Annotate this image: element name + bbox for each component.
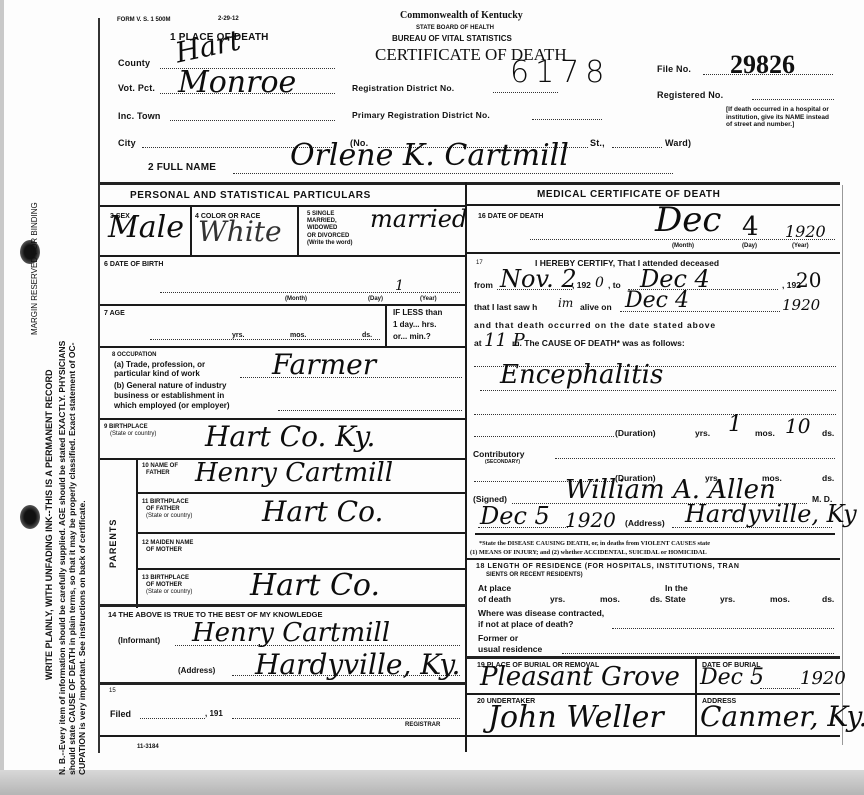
vot-pct-value: Monroe	[178, 65, 296, 100]
former-residence-label: Former or	[478, 633, 518, 643]
at-place-label: of death	[478, 594, 511, 604]
father-birthplace-label: 11 BIRTHPLACE	[142, 499, 189, 505]
filed-label: Filed	[110, 709, 131, 719]
primary-registration-label: Primary Registration District No.	[352, 110, 490, 120]
duration-yrs-label: yrs.	[695, 428, 710, 438]
father-birthplace-label: OF FATHER	[146, 506, 180, 512]
occupation-a-label: (a) Trade, profession, or	[114, 360, 205, 369]
instructions-line-3: CUPATION is very important. See instruct…	[77, 500, 87, 775]
residence-heading-2: SIENTS OR RECENT RESIDENTS)	[486, 572, 583, 578]
to-year-value: 20	[796, 268, 821, 292]
county-value: Hart	[172, 24, 243, 70]
last-saw-pronoun: im	[558, 296, 573, 310]
death-day-label: (Day)	[742, 243, 757, 249]
signed-year-value: 1920	[565, 508, 616, 532]
informant-address-label: (Address)	[178, 666, 215, 675]
undertaker-address-value: Canmer, Ky.	[700, 700, 864, 733]
father-birthplace-value: Hart Co.	[262, 495, 383, 528]
birthplace-value: Hart Co. Ky.	[205, 420, 375, 453]
mother-birthplace-value: Hart Co.	[250, 568, 380, 603]
burial-date-value: Dec 5	[700, 665, 764, 690]
bureau-heading: BUREAU OF VITAL STATISTICS	[392, 34, 512, 43]
secondary-label: (SECONDARY)	[485, 459, 520, 465]
occurred-text: and that death occurred on the date stat…	[474, 320, 716, 330]
age-mos-label: mos.	[290, 332, 306, 339]
death-day-value: 4	[742, 212, 759, 242]
informant-value: Henry Cartmill	[192, 618, 390, 648]
dob-label: 6 DATE OF BIRTH	[104, 261, 163, 268]
res-place-ds: ds.	[650, 594, 662, 604]
dob-month-label: (Month)	[285, 296, 307, 302]
marital-label: 5 SINGLE	[307, 211, 334, 217]
duration-mos-label: mos.	[755, 428, 775, 438]
res-state-mos: mos.	[770, 594, 790, 604]
burial-place-value: Pleasant Grove	[480, 662, 680, 692]
signed-date-value: Dec 5	[480, 502, 550, 530]
dob-year-value: 1	[395, 278, 404, 294]
item-15-label: 15	[109, 688, 116, 694]
registrar-label: REGISTRAR	[405, 722, 440, 728]
write-plainly-text: WRITE PLAINLY, WITH UNFADING INK--THIS I…	[44, 370, 54, 681]
residence-heading-1: 18 LENGTH OF RESIDENCE (FOR HOSPITALS, I…	[476, 563, 740, 570]
dob-year-label: (Year)	[420, 296, 437, 302]
res-state-ds: ds.	[822, 594, 834, 604]
mother-birthplace-label: OF MOTHER	[146, 582, 182, 588]
street-label: St.,	[590, 138, 605, 148]
duration-ds-value: 10	[785, 414, 810, 438]
cause-of-death-value: Encephalitis	[500, 360, 663, 390]
last-saw-label: that I last saw h	[474, 302, 537, 312]
violent-causes-note-1: *State the DISEASE CAUSING DEATH, or, in…	[479, 540, 710, 547]
birthplace-sub-label: (State or country)	[110, 431, 156, 437]
color-race-value: White	[198, 215, 282, 248]
duration-ds-label: ds.	[822, 428, 834, 438]
alive-year-value: 1920	[782, 296, 820, 314]
contracted-label: Where was disease contracted,	[478, 608, 604, 618]
death-month-label: (Month)	[672, 243, 694, 249]
alive-on-value: Dec 4	[625, 288, 689, 313]
form-date: 2-29-12	[218, 16, 239, 22]
birthplace-label: 9 BIRTHPLACE	[104, 424, 148, 430]
death-month-value: Dec	[655, 200, 721, 240]
instructions-line-2: should state CAUSE OF DEATH in plain ter…	[67, 343, 77, 776]
registered-no-label: Registered No.	[657, 90, 723, 100]
registration-district-value: 6178	[510, 55, 610, 90]
father-name-label: 10 NAME OF	[142, 463, 178, 469]
signed-address-value: Hardyville, Ky	[685, 500, 857, 528]
alive-on-label: alive on	[580, 302, 612, 312]
margin-reserved-text: MARGIN RESERVED FOR BINDING	[30, 202, 39, 335]
father-name-value: Henry Cartmill	[195, 458, 393, 488]
occupation-b-label: (b) General nature of industry	[114, 381, 226, 390]
age-yrs-label: yrs.	[232, 332, 244, 339]
file-no-value: 29826	[730, 50, 795, 80]
occupation-value: Farmer	[272, 348, 376, 381]
if-less-label: or... min.?	[393, 332, 431, 341]
father-name-label: FATHER	[146, 470, 170, 476]
scan-edge	[0, 0, 4, 795]
marital-label: WIDOWED	[307, 225, 337, 231]
binding-hole-icon	[20, 505, 40, 529]
res-place-yrs: yrs.	[550, 594, 565, 604]
personal-section-heading: PERSONAL AND STATISTICAL PARTICULARS	[130, 190, 371, 201]
age-label: 7 AGE	[104, 310, 125, 317]
contributory-label: Contributory	[473, 449, 524, 459]
mother-name-label: OF MOTHER	[146, 547, 182, 553]
from-value: Nov. 2	[500, 265, 577, 293]
if-less-label: IF LESS than	[393, 308, 442, 317]
dob-day-label: (Day)	[368, 296, 383, 302]
contributory-ds-label: ds.	[822, 473, 834, 483]
full-name-label: 2 FULL NAME	[148, 162, 216, 173]
if-less-label: 1 day... hrs.	[393, 320, 436, 329]
age-ds-label: ds.	[362, 332, 372, 339]
marital-label: (Write the word)	[307, 240, 353, 246]
to-label: , to	[608, 280, 621, 290]
ward-label: Ward)	[665, 138, 691, 148]
registration-district-label: Registration District No.	[352, 83, 454, 93]
commonwealth-heading: Commonwealth of Kentucky	[400, 10, 523, 21]
marital-label: OR DIVORCED	[307, 233, 349, 239]
undertaker-value: John Weller	[488, 700, 664, 735]
in-state-label: In the	[665, 583, 688, 593]
instructions-line-1: N. B.--Every item of information should …	[57, 341, 67, 775]
death-certificate: MARGIN RESERVED FOR BINDING WRITE PLAINL…	[0, 0, 864, 795]
filed-year-prefix: , 191	[205, 709, 223, 718]
vot-pct-label: Vot. Pct.	[118, 83, 155, 93]
mother-name-label: 12 MAIDEN NAME	[142, 540, 193, 546]
at-place-label: At place	[478, 583, 511, 593]
scan-bottom-edge	[0, 770, 864, 795]
full-name-value: Orlene K. Cartmill	[290, 138, 569, 173]
at-label: at	[474, 338, 482, 348]
occupation-a-label: particular kind of work	[114, 369, 200, 378]
form-right-border	[842, 185, 843, 745]
inc-town-label: Inc. Town	[118, 111, 161, 121]
father-birthplace-label: (State or country)	[146, 513, 192, 519]
county-label: County	[118, 58, 150, 68]
form-number: FORM V. S. 1 500M	[117, 17, 170, 23]
burial-year-value: 1920	[800, 668, 846, 689]
occupation-label: 8 OCCUPATION	[112, 352, 156, 358]
mother-birthplace-label: (State or country)	[146, 589, 192, 595]
informant-label: (Informant)	[118, 636, 160, 645]
from-label: from	[474, 280, 493, 290]
marital-value: married	[370, 205, 467, 233]
in-state-label: State	[665, 594, 686, 604]
date-of-death-label: 16 DATE OF DEATH	[478, 213, 543, 220]
duration-label: (Duration)	[615, 428, 656, 438]
signed-address-label: (Address)	[625, 518, 665, 528]
item-17-label: 17	[476, 260, 483, 266]
medical-section-heading: MEDICAL CERTIFICATE OF DEATH	[537, 189, 720, 200]
occupation-b-label: which employed (or employer)	[114, 401, 230, 410]
hospital-note: [If death occurred in a hospital or inst…	[726, 106, 834, 129]
informant-address-value: Hardyville, Ky.	[255, 648, 460, 681]
form-left-border	[98, 18, 100, 753]
former-residence-label: usual residence	[478, 644, 542, 654]
form-code: 11-3184	[137, 744, 159, 750]
duration-mos-value: 1	[728, 412, 742, 437]
mother-birthplace-label: 13 BIRTHPLACE	[142, 575, 189, 581]
parents-label: PARENTS	[108, 519, 118, 568]
violent-causes-note-2: (1) MEANS OF INJURY; and (2) whether ACC…	[470, 549, 707, 556]
res-state-yrs: yrs.	[720, 594, 735, 604]
cause-heading: m. The CAUSE OF DEATH* was as follows:	[512, 338, 685, 348]
from-year-prefix: , 192	[572, 280, 591, 290]
res-place-mos: mos.	[600, 594, 620, 604]
occupation-b-label: business or establishment in	[114, 391, 224, 400]
from-year-value: 0	[595, 275, 604, 291]
contracted-label: if not at place of death?	[478, 619, 573, 629]
city-label: City	[118, 138, 136, 148]
death-year-label: (Year)	[792, 243, 809, 249]
marital-label: MARRIED,	[307, 218, 337, 224]
state-board-heading: STATE BOARD OF HEALTH	[416, 25, 494, 31]
sex-value: Male	[108, 210, 184, 245]
file-no-label: File No.	[657, 64, 691, 74]
death-year-value: 1920	[785, 222, 826, 241]
